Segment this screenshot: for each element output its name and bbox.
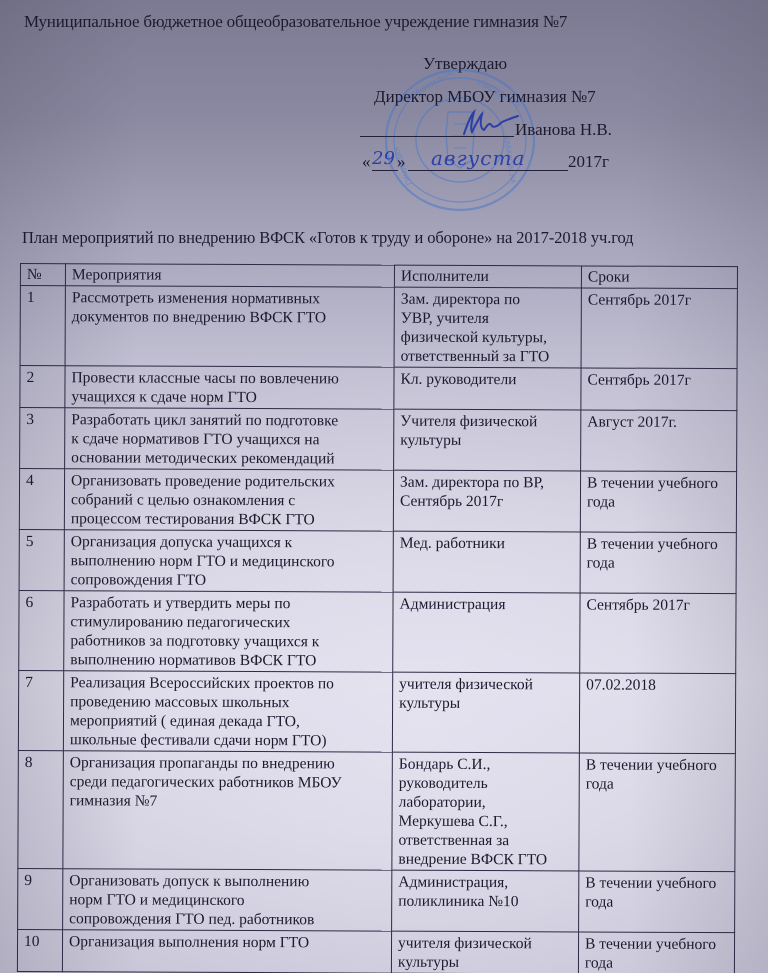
handwritten-signature-icon [458, 108, 522, 138]
row-event: Организация допуска учащихся квыполнению… [64, 530, 393, 592]
row-executors-line: Бондарь С.И., [399, 755, 575, 775]
row-number: 7 [18, 670, 63, 750]
row-event: Организовать допуск к выполнениюнорм ГТО… [63, 869, 392, 931]
table-row: 10Организация выполнения норм ГТОучителя… [17, 929, 734, 973]
date-year: 2017г [568, 152, 609, 172]
row-event-line: основании методических рекомендаций [71, 448, 389, 468]
row-executors: Бондарь С.И.,руководительлаборатории,Мер… [392, 752, 580, 871]
row-event-line: собраний с целью ознакомления с [71, 490, 389, 510]
row-term-line: В течении учебного [586, 755, 731, 775]
row-term-line: В течении учебного [585, 873, 730, 893]
row-term: 07.02.2018 [579, 673, 735, 754]
row-number: 6 [19, 590, 64, 670]
row-term-line: В течении учебного [587, 473, 732, 493]
table-row: 5Организация допуска учащихся квыполнени… [19, 529, 736, 593]
row-term-line: В течении учебного [585, 934, 730, 954]
table-row: 6Разработать и утвердить меры постимулир… [19, 590, 736, 673]
date-quote-open: « [362, 152, 371, 172]
row-term: Сентябрь 2017г [581, 288, 737, 369]
row-executors: Мед. работники [393, 531, 580, 593]
row-event: Реализация Всероссийских проектов попров… [63, 671, 392, 752]
row-term-line: В течении учебного [587, 534, 732, 554]
row-executors: учителя физическойкультуры [391, 931, 578, 973]
row-event-line: Разработать и утвердить меры по [70, 593, 388, 613]
table-row: 8Организация пропаганды по внедрениюсред… [18, 750, 736, 871]
row-event-line: стимулированию педагогических [70, 612, 388, 632]
handwritten-month: августа [431, 146, 525, 170]
row-executors: Администрация [393, 592, 580, 673]
row-event-line: гимназия №7 [70, 791, 388, 811]
row-event-line: среди педагогических работников МБОУ [70, 772, 388, 792]
row-executors: учителя физическойкультуры [392, 672, 579, 753]
row-executors: Зам. директора поУВР, учителяфизической … [394, 287, 581, 368]
row-executors-line: Зам. директора по ВР, [400, 473, 576, 493]
row-executors-line: учителя физической [398, 934, 574, 954]
row-number: 4 [19, 469, 64, 530]
row-number: 9 [18, 868, 63, 929]
row-number: 5 [19, 529, 64, 590]
row-event-line: Провести классные часы по вовлечению [71, 368, 389, 388]
table-row: 2Провести классные часы по вовлечениюуча… [20, 366, 737, 411]
table-row: 3Разработать цикл занятий по подготовкек… [20, 408, 737, 472]
row-executors-line: физической культуры, [401, 328, 577, 348]
row-event-line: к сдаче нормативов ГТО учащихся на [71, 429, 389, 449]
row-event: Организация пропаганды по внедрениюсреди… [63, 751, 393, 870]
plan-table: № Мероприятия Исполнители Сроки 1Рассмот… [17, 263, 738, 973]
row-executors-line: лаборатории, [399, 793, 575, 813]
date-day-line [372, 170, 398, 171]
date-quote-close: » [397, 152, 406, 172]
row-number: 1 [20, 286, 65, 366]
row-executors-line: культуры [398, 953, 574, 973]
approval-role: Директор МБОУ гимназия №7 [374, 87, 596, 107]
row-term: Сентябрь 2017г [580, 593, 736, 674]
row-executors-line: Сентябрь 2017г [400, 492, 576, 512]
row-event-line: мероприятий ( единая декада ГТО, [70, 711, 388, 731]
row-executors: Зам. директора по ВР,Сентябрь 2017г [393, 470, 580, 532]
row-event-line: Организация выполнения норм ГТО [69, 932, 387, 952]
row-term-line: 07.02.2018 [586, 675, 731, 695]
row-event: Рассмотреть изменения нормативныхдокумен… [65, 286, 394, 367]
row-event: Организация выполнения норм ГТО [62, 930, 391, 973]
row-event: Организовать проведение родительскихсобр… [64, 469, 393, 531]
row-event-line: выполнению норм ГТО и медицинского [71, 551, 389, 571]
row-event-line: Реализация Всероссийских проектов по [70, 673, 388, 693]
row-event-line: выполнению нормативов ВФСК ГТО [70, 650, 388, 670]
row-term-line: Сентябрь 2017г [587, 370, 732, 390]
row-executors-line: учителя физической [399, 675, 575, 695]
row-executors-line: Администрация [399, 595, 575, 615]
row-term: В течении учебногогода [579, 753, 736, 872]
row-term: Сентябрь 2017г [581, 368, 737, 411]
row-term: Август 2017г. [581, 410, 737, 472]
row-event-line: Разработать цикл занятий по подготовке [71, 410, 389, 430]
row-term-line: года [586, 774, 731, 794]
row-executors-line: руководитель [399, 774, 575, 794]
row-term-line: Сентябрь 2017г [588, 290, 733, 310]
row-event-line: сопровождения ГТО пед. работников [69, 909, 387, 929]
row-event-line: процессом тестирования ВФСК ГТО [71, 509, 389, 529]
row-executors: Кл. руководители [394, 367, 581, 410]
table-row: 7Реализация Всероссийских проектов попро… [18, 670, 735, 753]
row-number: 8 [18, 750, 64, 868]
row-event-line: документов по внедрению ВФСК ГТО [72, 307, 390, 327]
row-executors: Администрация,поликлиника №10 [392, 870, 579, 932]
row-event-line: Организация пропаганды по внедрению [70, 753, 388, 773]
plan-title: План мероприятий по внедрению ВФСК «Гото… [22, 228, 633, 248]
row-event: Разработать и утвердить меры постимулиро… [64, 591, 393, 672]
row-term: В течении учебногогода [579, 871, 735, 933]
plan-table-body: 1Рассмотреть изменения нормативныхдокуме… [17, 286, 737, 973]
table-row: 1Рассмотреть изменения нормативныхдокуме… [20, 286, 737, 369]
row-event-line: учащихся к сдаче норм ГТО [71, 387, 389, 407]
row-event-line: проведению массовых школьных [70, 692, 388, 712]
handwritten-day: 29 [372, 148, 395, 169]
row-term-line: Август 2017г. [587, 412, 732, 432]
row-term-line: Сентябрь 2017г [586, 595, 731, 615]
row-term: В течении учебногогода [578, 932, 734, 973]
row-executors-line: культуры [399, 694, 575, 714]
row-event-line: сопровождения ГТО [71, 570, 389, 590]
row-event-line: школьные фестивали сдачи норм ГТО) [70, 730, 388, 750]
organization-name: Муниципальное бюджетное общеобразователь… [24, 12, 567, 32]
table-header-row: № Мероприятия Исполнители Сроки [20, 264, 737, 289]
row-executors-line: ответственный за ГТО [401, 347, 577, 367]
row-executors-line: ответственная за [398, 831, 574, 851]
row-executors-line: Администрация, [398, 873, 574, 893]
row-executors-line: УВР, учителя [401, 309, 577, 329]
approver-name: Иванова Н.В. [515, 120, 612, 140]
date-month-line [408, 170, 568, 171]
row-executors-line: Меркушева С.Г., [399, 812, 575, 832]
row-term-line: года [585, 953, 730, 973]
row-event-line: норм ГТО и медицинского [69, 890, 387, 910]
row-term: В течении учебногогода [580, 471, 736, 533]
row-term: В течении учебногогода [580, 532, 736, 594]
row-event: Разработать цикл занятий по подготовкек … [65, 408, 394, 470]
column-header-terms: Сроки [581, 266, 737, 289]
row-event: Провести классные часы по вовлечениюучащ… [65, 366, 394, 409]
row-number: 2 [20, 366, 65, 408]
row-event-line: работников за подготовку учащихся к [70, 631, 388, 651]
row-executors-line: Кл. руководители [400, 370, 576, 390]
row-event-line: Рассмотреть изменения нормативных [72, 288, 390, 308]
row-term-line: года [587, 553, 732, 573]
row-event-line: Организовать допуск к выполнению [69, 871, 387, 891]
row-executors-line: Зам. директора по [401, 290, 577, 310]
row-executors-line: поликлиника №10 [398, 892, 574, 912]
row-executors-line: внедрение ВФСК ГТО [398, 850, 574, 870]
table-row: 9Организовать допуск к выполнениюнорм ГТ… [18, 868, 735, 932]
row-event-line: Организация допуска учащихся к [71, 532, 389, 552]
column-header-events: Мероприятия [65, 264, 394, 287]
row-executors-line: Учителя физической [400, 412, 576, 432]
row-event-line: Организовать проведение родительских [71, 471, 389, 491]
row-number: 10 [17, 929, 62, 971]
column-header-executors: Исполнители [394, 265, 581, 288]
row-executors: Учителя физическойкультуры [394, 409, 581, 471]
row-executors-line: культуры [400, 431, 576, 451]
approval-title: Утверждаю [423, 54, 507, 74]
row-term-line: года [587, 492, 732, 512]
row-term-line: года [585, 892, 730, 912]
row-executors-line: Мед. работники [400, 534, 576, 554]
table-row: 4Организовать проведение родительскихсоб… [19, 469, 736, 533]
row-number: 3 [20, 408, 65, 469]
column-header-number: № [20, 264, 65, 286]
